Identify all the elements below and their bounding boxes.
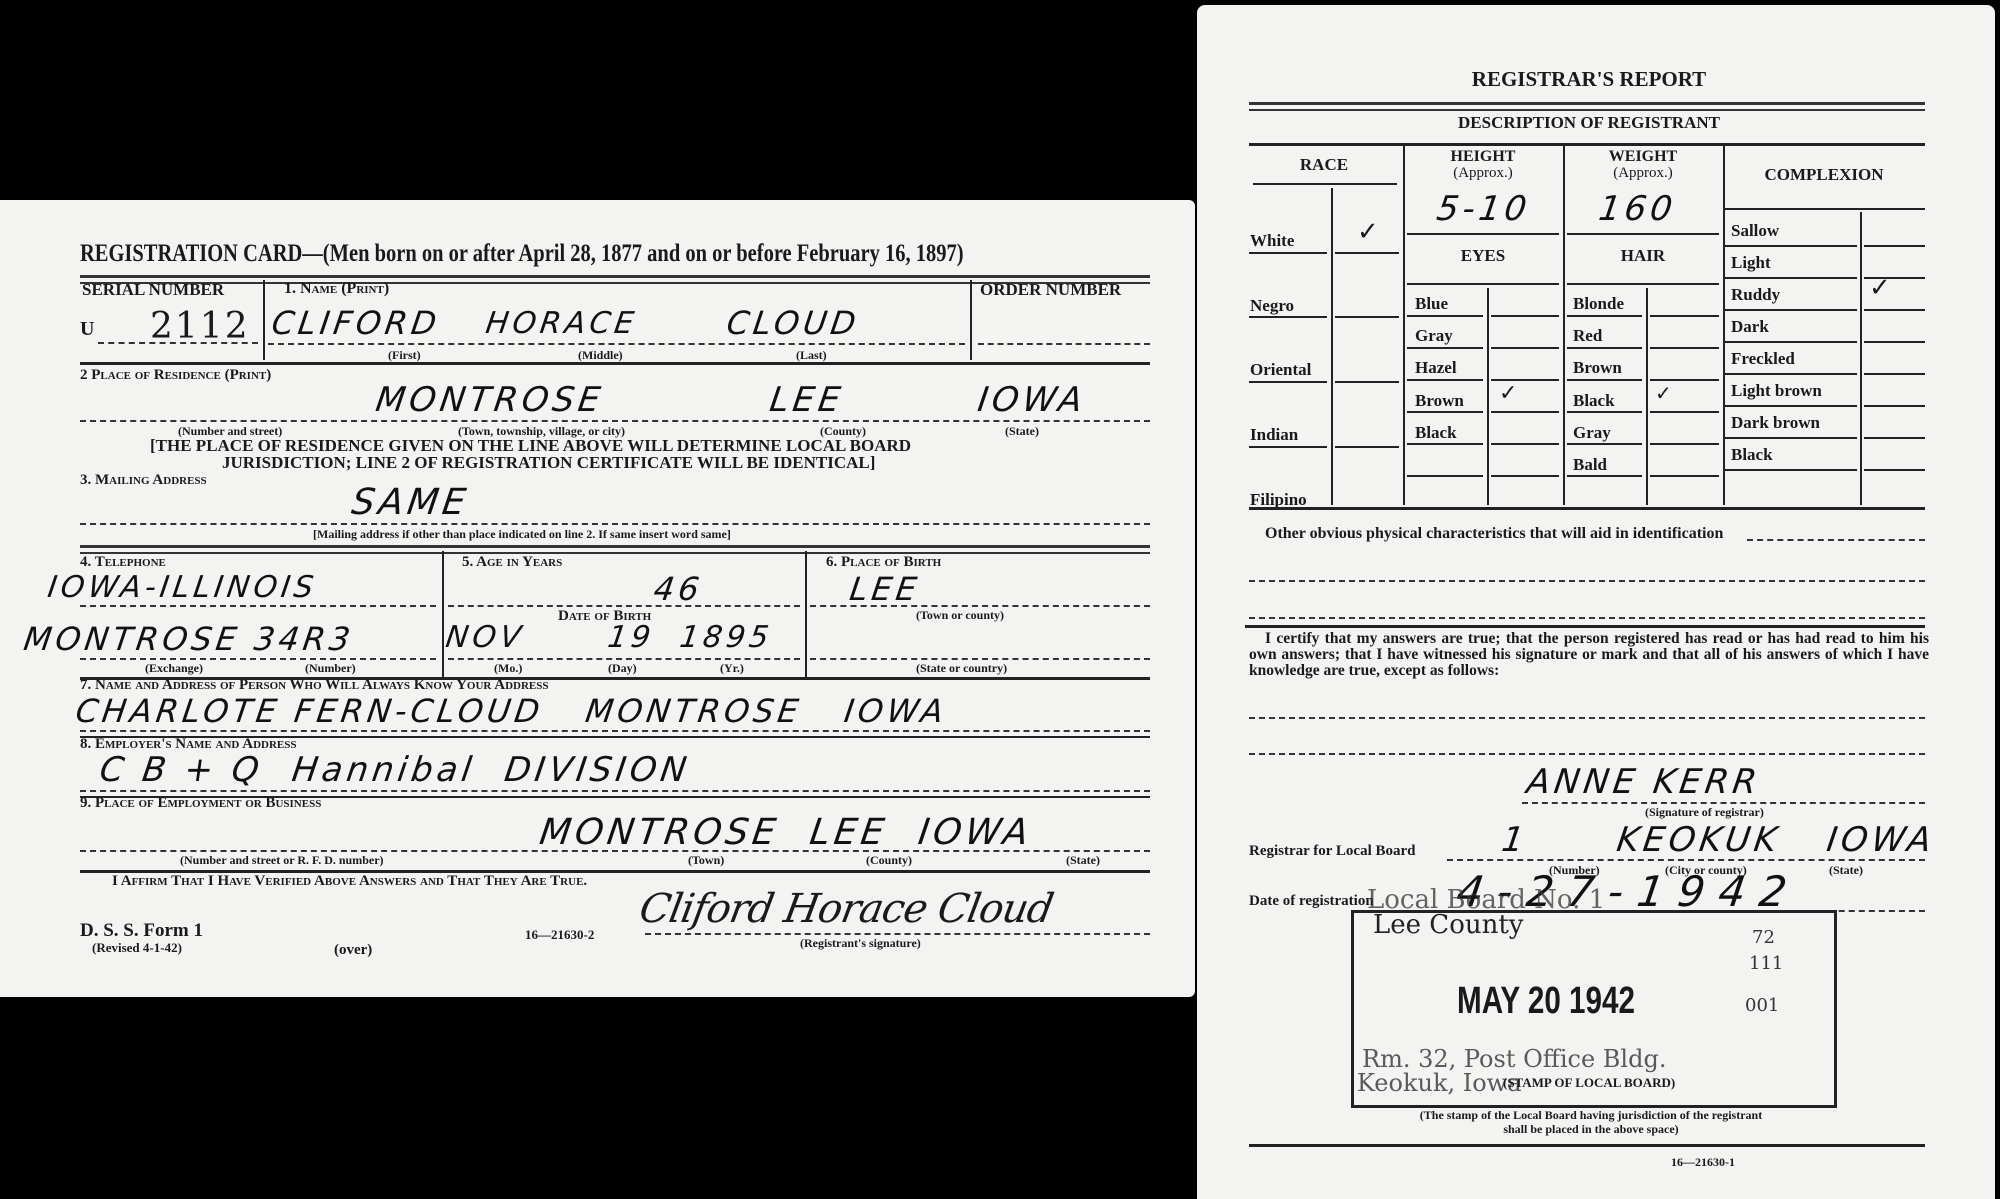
rule xyxy=(1335,446,1399,448)
table-top-rule xyxy=(1249,143,1925,146)
exchange-caption: (Exchange) xyxy=(145,661,203,676)
height-value: 5-10 xyxy=(1434,189,1533,229)
complexion-option-freckled: Freckled xyxy=(1731,349,1795,369)
rule xyxy=(1491,443,1559,445)
stamp-label: (STAMP OF LOCAL BOARD) xyxy=(1503,1075,1675,1091)
stamp-date: MAY 20 1942 xyxy=(1457,980,1635,1023)
hair-option-gray: Gray xyxy=(1573,423,1611,443)
mailing-caption: [Mailing address if other than place ind… xyxy=(313,527,731,542)
rule xyxy=(1725,437,1857,439)
divider xyxy=(1646,288,1648,505)
telephone-line-1 xyxy=(80,605,436,607)
divider xyxy=(1403,145,1405,505)
birthplace-line-1 xyxy=(810,605,1150,607)
state-caption: (State) xyxy=(1005,424,1039,439)
form-revised: (Revised 4-1-42) xyxy=(92,940,182,956)
age-value: 46 xyxy=(651,570,705,608)
contact-line xyxy=(80,730,1150,732)
serial-number-value: 2112 xyxy=(150,306,250,347)
rule xyxy=(1567,411,1642,413)
other-characteristics-line-1 xyxy=(1747,539,1925,541)
rule xyxy=(1650,475,1719,477)
weight-value: 160 xyxy=(1596,189,1679,229)
signature-line xyxy=(645,933,1150,935)
stamp-note-line-2: shall be placed in the above space) xyxy=(1351,1122,1831,1137)
employment-street-caption: (Number and street or R. F. D. number) xyxy=(180,853,384,868)
rule xyxy=(1407,475,1483,477)
last-caption: (Last) xyxy=(796,348,827,363)
employment-state-caption: (State) xyxy=(1066,853,1100,868)
stamp-note-line-1: (The stamp of the Local Board having jur… xyxy=(1351,1108,1831,1123)
hair-option-red: Red xyxy=(1573,326,1602,346)
local-board-line xyxy=(1447,859,1925,861)
rule xyxy=(1650,347,1719,349)
birthplace-label: 6. Place of Birth xyxy=(826,554,941,571)
eyes-option-blue: Blue xyxy=(1415,294,1448,314)
hair-option-black: Black xyxy=(1573,391,1615,411)
eyes-header: EYES xyxy=(1403,246,1563,266)
mailing-address-value: SAME xyxy=(349,482,472,523)
rule xyxy=(1491,411,1559,413)
weight-header: WEIGHT xyxy=(1563,148,1723,166)
divider xyxy=(442,551,444,677)
rule xyxy=(1650,379,1719,381)
mailing-line xyxy=(80,523,1150,525)
telephone-line-2 xyxy=(80,658,436,660)
rule xyxy=(1567,233,1719,235)
serial-prefix: U xyxy=(80,318,94,341)
rule xyxy=(1335,316,1399,318)
race-option-indian: Indian xyxy=(1250,425,1298,445)
month-caption: (Mo.) xyxy=(494,661,522,676)
hair-header: HAIR xyxy=(1563,246,1723,266)
certify-line-1 xyxy=(1249,717,1925,719)
name-first-value: CLIFORD xyxy=(269,304,442,342)
rule xyxy=(1253,183,1397,185)
mailing-address-label: 3. Mailing Address xyxy=(80,472,207,489)
report-title: REGISTRAR'S REPORT xyxy=(1197,67,1981,92)
complexion-option-dark-brown: Dark brown xyxy=(1731,413,1820,433)
rule xyxy=(1725,373,1857,375)
divider xyxy=(805,551,807,677)
hair-black-check[interactable]: ✓ xyxy=(1655,381,1672,405)
employment-town-caption: (Town) xyxy=(688,853,724,868)
board-state-caption: (State) xyxy=(1829,863,1863,878)
divider xyxy=(1563,145,1565,505)
local-board-number: 1 xyxy=(1499,820,1530,860)
residence-county-value: LEE xyxy=(767,380,847,420)
rule xyxy=(1725,208,1925,210)
registration-date-label: Date of registration xyxy=(1249,893,1374,910)
rule xyxy=(1567,283,1719,285)
rule xyxy=(1491,475,1559,477)
stamp-side-mark-1: 72 xyxy=(1752,927,1775,948)
complexion-option-light: Light xyxy=(1731,253,1771,273)
rule xyxy=(1864,437,1925,439)
rule xyxy=(1725,245,1857,247)
rule xyxy=(1491,347,1559,349)
dob-day-value: 19 xyxy=(606,620,657,655)
serial-number-label: SERIAL NUMBER xyxy=(82,280,224,300)
year-caption: (Yr.) xyxy=(720,661,744,676)
local-board-label: Registrar for Local Board xyxy=(1249,843,1416,860)
telephone-label: 4. Telephone xyxy=(80,554,166,571)
residence-label: 2 Place of Residence (Print) xyxy=(80,367,271,384)
race-option-oriental: Oriental xyxy=(1250,360,1311,380)
rule xyxy=(1249,316,1327,318)
eyes-option-hazel: Hazel xyxy=(1415,358,1457,378)
divider xyxy=(1723,145,1725,505)
report-form-code: 16—21630-1 xyxy=(1671,1155,1735,1170)
divider xyxy=(263,280,265,360)
complexion-option-ruddy: Ruddy xyxy=(1731,285,1780,305)
row-rule xyxy=(80,545,1150,554)
rule xyxy=(1407,411,1483,413)
name-last-value: CLOUD xyxy=(724,304,862,342)
order-line xyxy=(978,343,1150,345)
rule xyxy=(1864,373,1925,375)
race-header: RACE xyxy=(1249,155,1399,175)
rule xyxy=(1335,252,1399,254)
number-caption: (Number) xyxy=(305,661,356,676)
complexion-option-black: Black xyxy=(1731,445,1773,465)
rule xyxy=(1725,277,1857,279)
stamp-side-mark-2: 111 xyxy=(1749,953,1783,974)
registration-card: REGISTRATION CARD—(Men born on or after … xyxy=(0,200,1195,997)
footer-rule xyxy=(1249,1144,1925,1147)
day-caption: (Day) xyxy=(608,661,637,676)
race-white-check[interactable]: ✓ xyxy=(1357,217,1379,247)
rule xyxy=(1567,315,1642,317)
rule xyxy=(1491,315,1559,317)
rule xyxy=(1864,405,1925,407)
hair-option-brown: Brown xyxy=(1573,358,1622,378)
rule xyxy=(1725,309,1857,311)
serial-line xyxy=(98,342,258,344)
eyes-option-gray: Gray xyxy=(1415,326,1453,346)
form-name: D. S. S. Form 1 xyxy=(80,920,203,942)
hair-option-blonde: Blonde xyxy=(1573,294,1624,314)
stamp-line-2: Lee County xyxy=(1373,910,1523,940)
other-characteristics-label: Other obvious physical characteristics t… xyxy=(1265,525,1723,543)
complexion-option-light-brown: Light brown xyxy=(1731,381,1822,401)
over-label: (over) xyxy=(334,942,372,959)
title-rule xyxy=(1249,102,1925,111)
race-option-negro: Negro xyxy=(1250,296,1294,316)
rule xyxy=(1249,381,1327,383)
contact-value: CHARLOTE FERN-CLOUD MONTROSE IOWA xyxy=(73,692,949,730)
rule xyxy=(1650,443,1719,445)
rule xyxy=(1864,245,1925,247)
weight-approx: (Approx.) xyxy=(1563,165,1723,182)
rule xyxy=(1491,379,1559,381)
employment-county-caption: (County) xyxy=(866,853,912,868)
employer-line xyxy=(80,790,1150,792)
rule xyxy=(1567,347,1642,349)
rule xyxy=(1335,381,1399,383)
rule xyxy=(1864,309,1925,311)
other-characteristics-line-2 xyxy=(1249,580,1925,582)
rule xyxy=(1725,469,1857,471)
rule xyxy=(1864,469,1925,471)
rule xyxy=(1864,277,1925,279)
rule xyxy=(1725,405,1857,407)
stamp-line-4: Keokuk, Iowa xyxy=(1357,1069,1522,1097)
divider xyxy=(970,280,972,360)
rule xyxy=(1249,252,1327,254)
divider xyxy=(1487,288,1489,505)
registrar-signature: ANNE KERR xyxy=(1524,762,1763,802)
dob-year-value: 1895 xyxy=(678,620,775,655)
stamp-side-mark-3: 001 xyxy=(1745,995,1779,1016)
name-middle-value: HORACE xyxy=(484,306,640,341)
rule xyxy=(1245,625,1925,628)
rule xyxy=(1407,283,1559,285)
eyes-option-black: Black xyxy=(1415,423,1457,443)
age-line xyxy=(448,605,800,607)
telephone-exchange-value: IOWA-ILLINOIS xyxy=(46,570,320,605)
divider xyxy=(1331,188,1333,505)
name-label: 1. Name (Print) xyxy=(284,280,389,298)
registrar-signature-caption: (Signature of registrar) xyxy=(1645,805,1764,820)
divider xyxy=(1860,212,1862,505)
age-label: 5. Age in Years xyxy=(462,554,562,571)
first-caption: (First) xyxy=(388,348,421,363)
form-code: 16—21630-2 xyxy=(525,927,594,943)
report-subtitle: DESCRIPTION OF REGISTRANT xyxy=(1197,113,1981,133)
other-characteristics-line-3 xyxy=(1249,617,1925,619)
row-rule xyxy=(80,362,1150,365)
rule xyxy=(1407,315,1483,317)
rule xyxy=(1407,379,1483,381)
rule xyxy=(1567,379,1642,381)
employment-place-label: 9. Place of Employment or Business xyxy=(80,795,321,812)
employment-line xyxy=(80,850,1150,852)
rule xyxy=(1864,341,1925,343)
telephone-number-value: MONTROSE 34R3 xyxy=(21,620,356,658)
residence-state-value: IOWA xyxy=(975,380,1089,420)
local-board-city: KEOKUK xyxy=(1614,820,1783,860)
rule xyxy=(1567,475,1642,477)
affirmation-text: I Affirm That I Have Verified Above Answ… xyxy=(112,873,587,890)
rule xyxy=(1249,446,1327,448)
name-line xyxy=(268,343,965,345)
rule xyxy=(1650,315,1719,317)
eyes-option-brown: Brown xyxy=(1415,391,1464,411)
employer-value: C B + Q Hannibal DIVISION xyxy=(97,750,693,790)
signature-caption: (Registrant's signature) xyxy=(800,936,921,951)
rule xyxy=(1407,443,1483,445)
dob-month-value: NOV xyxy=(444,620,527,655)
height-approx: (Approx.) xyxy=(1403,165,1563,182)
certify-text: I certify that my answers are true; that… xyxy=(1249,631,1929,679)
rule xyxy=(1567,443,1642,445)
residence-notice-line-2: JURISDICTION; LINE 2 OF REGISTRATION CER… xyxy=(222,453,875,473)
registrant-signature: Cliford Horace Cloud xyxy=(636,886,1056,932)
race-option-white: White xyxy=(1250,231,1294,251)
card-title: REGISTRATION CARD—(Men born on or after … xyxy=(80,240,964,268)
height-header: HEIGHT xyxy=(1403,148,1563,166)
state-country-caption: (State or country) xyxy=(916,661,1007,676)
table-bottom-rule xyxy=(1249,507,1925,510)
employment-place-value: MONTROSE LEE IOWA xyxy=(537,812,1035,853)
hair-option-bald: Bald xyxy=(1573,455,1607,475)
order-number-label: ORDER NUMBER xyxy=(980,280,1121,300)
rule xyxy=(1725,341,1857,343)
registrar-signature-line xyxy=(1522,802,1925,804)
dob-line xyxy=(448,658,800,660)
certify-line-2 xyxy=(1249,753,1925,755)
eyes-brown-check[interactable]: ✓ xyxy=(1499,381,1517,406)
town-county-caption: (Town or county) xyxy=(916,608,1004,623)
complexion-option-sallow: Sallow xyxy=(1731,221,1779,241)
complexion-header: COMPLEXION xyxy=(1723,165,1925,185)
birthplace-value: LEE xyxy=(847,570,923,608)
rule xyxy=(1407,347,1483,349)
registrar-report-card: REGISTRAR'S REPORT DESCRIPTION OF REGIST… xyxy=(1197,5,1995,1199)
residence-line xyxy=(80,420,1150,422)
birthplace-line-2 xyxy=(810,658,1150,660)
rule xyxy=(1650,411,1719,413)
complexion-option-dark: Dark xyxy=(1731,317,1769,337)
residence-town-value: MONTROSE xyxy=(373,380,606,420)
middle-caption: (Middle) xyxy=(578,348,623,363)
rule xyxy=(1407,233,1559,235)
local-board-state: IOWA xyxy=(1824,820,1938,860)
